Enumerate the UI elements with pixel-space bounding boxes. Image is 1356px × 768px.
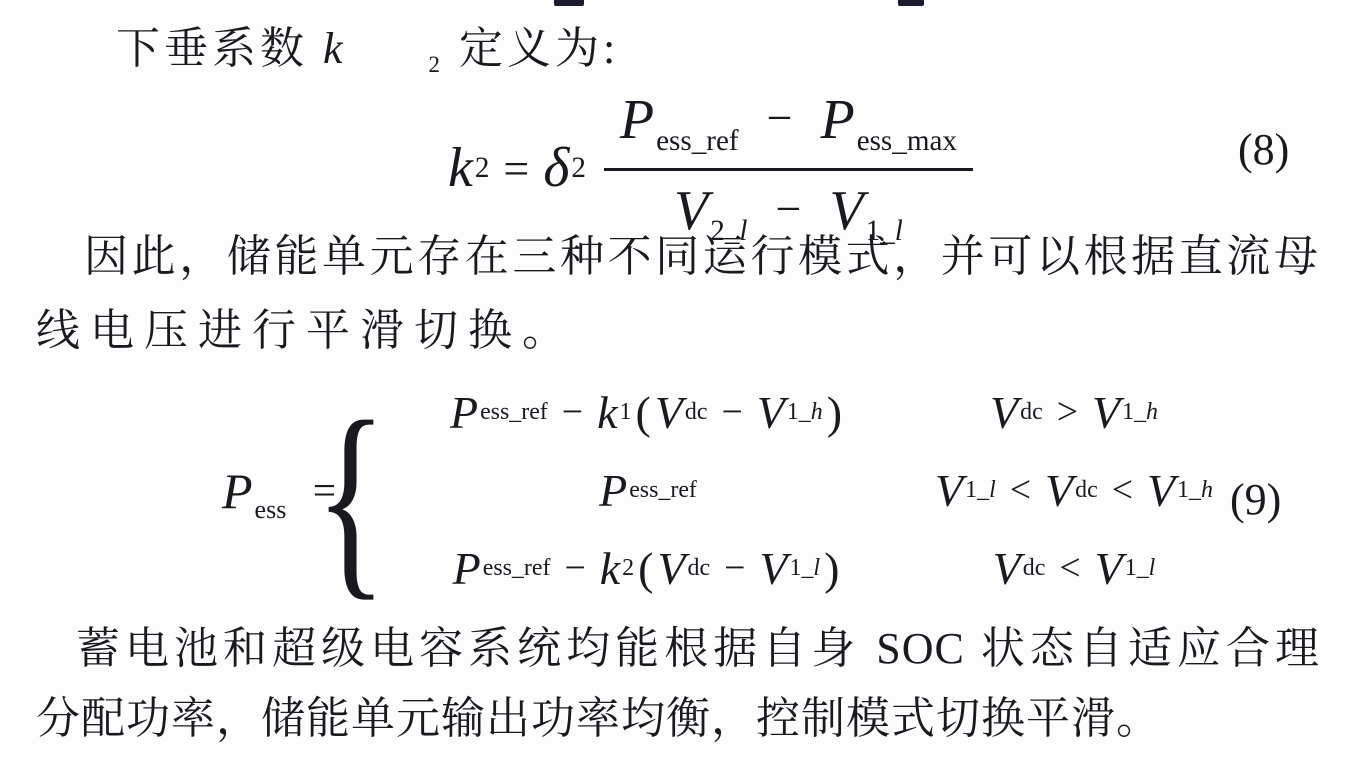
math-var-k: k: [323, 24, 347, 73]
math-var-delta: δ: [543, 136, 569, 200]
math-var: V: [655, 386, 683, 439]
math-var: P: [820, 89, 854, 151]
fraction-numerator: Pess_ref − Pess_max: [604, 88, 973, 171]
paragraph-line: 蓄电池和超级电容系统均能根据自身 SOC 状态自适应合理: [36, 620, 1320, 677]
math-sub: dc: [1075, 477, 1098, 504]
less-than-sign: <: [1059, 546, 1080, 590]
math-var: V: [993, 542, 1021, 595]
intro-prefix: 下垂系数: [116, 24, 323, 73]
math-var: V: [1045, 464, 1073, 517]
math-var: P: [222, 463, 253, 519]
math-sub-it: l: [989, 477, 996, 503]
cropped-text-artifact-right: [898, 0, 924, 6]
math-var: V: [1147, 464, 1175, 517]
piecewise-cond-2: V1_l < Vdc < V1_h: [924, 458, 1224, 522]
paragraph-line: 因此，储能单元存在三种不同运行模式，并可以根据直流母: [36, 228, 1320, 285]
math-sub: ess: [255, 495, 287, 525]
math-sub: ess_ref: [480, 399, 548, 426]
math-var: V: [990, 386, 1018, 439]
math-sub-num: 1_: [965, 477, 989, 503]
left-paren: (: [635, 386, 650, 439]
math-var: P: [620, 89, 654, 151]
minus-sign: −: [562, 390, 583, 434]
piecewise-expr-1: Pess_ref − k1 ( Vdc − V1_h ): [372, 380, 924, 444]
piecewise-cond-1: Vdc > V1_h: [924, 380, 1224, 444]
right-paren: ): [827, 386, 842, 439]
math-sub: 2: [571, 152, 586, 185]
math-var: k: [600, 542, 620, 595]
math-sub: dc: [685, 399, 708, 426]
math-var: k: [597, 386, 617, 439]
math-var: V: [1095, 542, 1123, 595]
math-sub-num: 1_: [1177, 477, 1201, 503]
math-var: k: [448, 136, 473, 200]
math-var: V: [759, 542, 787, 595]
minus-sign: −: [767, 91, 793, 144]
left-paren: (: [638, 542, 653, 595]
math-sub: 1_h: [1177, 477, 1213, 504]
math-var: P: [599, 464, 627, 517]
math-sub-num: 1_: [1122, 399, 1146, 425]
math-sub: 1: [619, 399, 631, 426]
math-sub-num: 1_: [790, 555, 814, 581]
math-sub: 1_h: [1122, 399, 1158, 426]
math-var: V: [757, 386, 785, 439]
math-sub: 2: [622, 555, 634, 582]
fraction: Pess_ref − Pess_max V2_l − V1_l: [604, 88, 973, 248]
piecewise-cond-3: Vdc < V1_l: [924, 536, 1224, 600]
piecewise-expr-3: Pess_ref − k2 ( Vdc − V1_l ): [372, 536, 924, 600]
less-than-sign: <: [1010, 468, 1031, 512]
math-var: P: [453, 542, 481, 595]
intro-suffix: 定义为:: [444, 24, 619, 73]
greater-than-sign: >: [1057, 390, 1078, 434]
math-sub: ess_ref: [629, 477, 697, 504]
equation-8-number: (8): [1238, 124, 1289, 175]
math-sub: 1_l: [790, 555, 821, 582]
equation-8: k2 = δ2 Pess_ref − Pess_max V2_l − V1_l: [448, 88, 973, 248]
math-sub-it: h: [1146, 399, 1158, 425]
math-sub-num: 1_: [1125, 555, 1149, 581]
math-sub-num: 1_: [787, 399, 811, 425]
math-sub: 1_l: [965, 477, 996, 504]
minus-sign: −: [721, 390, 742, 434]
math-sub: ess_ref: [656, 125, 738, 158]
math-sub: 2: [475, 152, 490, 185]
equals-sign: =: [503, 142, 529, 195]
intro-sentence: 下垂系数 k2 定义为:: [36, 20, 619, 80]
minus-sign: −: [724, 546, 745, 590]
math-var: V: [1092, 386, 1120, 439]
math-sub: dc: [1023, 555, 1046, 582]
minus-sign: −: [564, 546, 585, 590]
equation-9-number: (9): [1230, 474, 1281, 525]
math-sub-it: l: [1149, 555, 1156, 581]
math-sub: dc: [688, 555, 711, 582]
math-sub-it: l: [813, 555, 820, 581]
right-paren: ): [824, 542, 839, 595]
math-sub-2: 2: [349, 50, 444, 80]
piecewise-brace: {: [326, 380, 376, 616]
paper-page: 下垂系数 k2 定义为: k2 = δ2 Pess_ref − Pess_max…: [0, 0, 1356, 768]
piecewise-expr-2: Pess_ref: [372, 458, 924, 522]
math-sub: ess_ref: [483, 555, 551, 582]
math-sub: dc: [1020, 399, 1043, 426]
paragraph-line: 线电压进行平滑切换。: [36, 302, 576, 359]
math-sub: 1_h: [787, 399, 823, 426]
math-var: V: [935, 464, 963, 517]
math-sub-it: h: [811, 399, 823, 425]
math-var: P: [450, 386, 478, 439]
math-sub: ess_max: [857, 125, 957, 158]
cropped-text-artifact-left: [554, 0, 584, 6]
piecewise-rows: Pess_ref − k1 ( Vdc − V1_h ) Vdc > V1_h …: [372, 380, 1224, 600]
math-sub: 1_l: [1125, 555, 1156, 582]
paragraph-line: 分配功率，储能单元输出功率均衡，控制模式切换平滑。: [36, 690, 1161, 747]
less-than-sign: <: [1112, 468, 1133, 512]
math-sub-it: h: [1201, 477, 1213, 503]
math-var: V: [657, 542, 685, 595]
